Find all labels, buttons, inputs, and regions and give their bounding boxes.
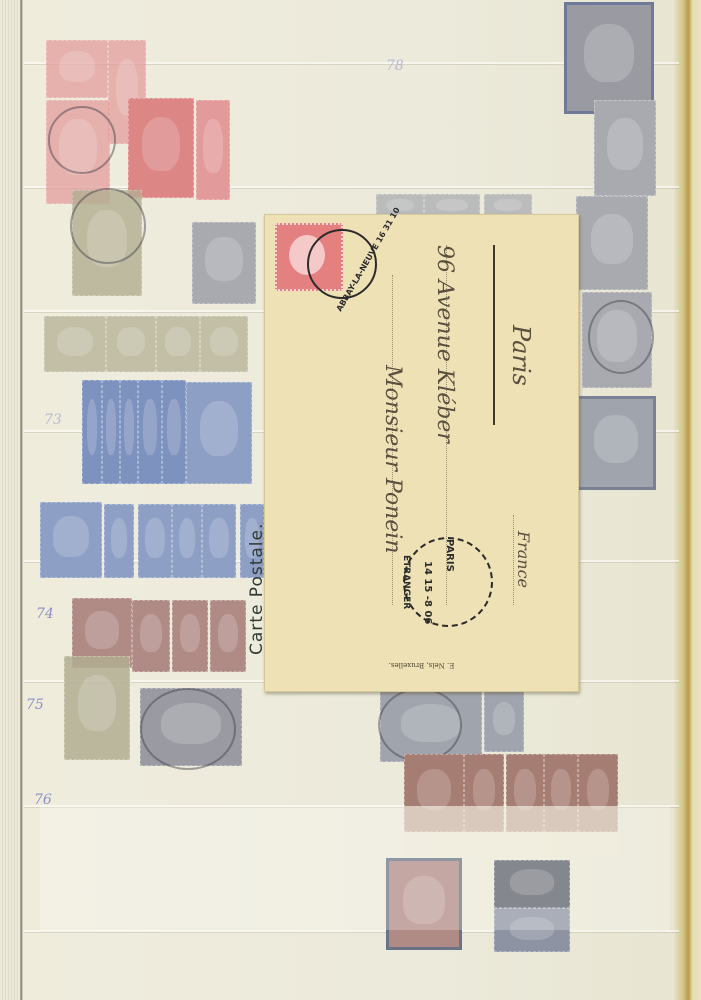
stamp [162,380,186,484]
stamp [172,600,208,672]
row-label: 75 [26,697,44,713]
stamp [104,504,134,578]
stamp [82,380,102,484]
stamp [200,316,248,372]
street-address: 96 Avenue Kléber [432,245,457,443]
postcard: ABBAY-LA-NEUVE 16 31 10 Carte Postale. M… [264,214,579,692]
country: France [514,531,533,588]
stamp [64,656,130,760]
printer-imprint: E. Nels, Bruxelles. [265,661,578,669]
stamp [102,380,120,484]
stamp [186,382,252,484]
empty-strip [40,806,670,930]
arrival-postmark-city: PARIS [444,539,455,572]
stamp [564,2,654,114]
postmark-cancel [48,106,116,174]
stamp [196,100,230,200]
stamp [484,690,524,752]
postmark-cancel [378,688,462,762]
stamp [138,380,162,484]
stamp [132,600,170,672]
card-title: Carte Postale. [247,523,267,655]
stamp [128,98,194,198]
stamp [576,196,648,290]
stamp [120,380,138,484]
city: Paris [507,325,535,386]
stamp [138,504,172,578]
arrival-postmark-office: ÉTRANGER [401,555,411,609]
album-spine [0,0,20,1000]
stockbook-page: 78 73 74 75 76 [0,0,701,1000]
glassine-strip [24,930,679,932]
row-label: 74 [36,606,54,622]
postmark-cancel [70,188,146,264]
stamp [576,396,656,490]
row-label: 73 [44,412,62,428]
postmark-cancel [140,688,236,770]
postmark-cancel [588,300,654,374]
stamp [106,316,156,372]
addressee-name: Monsieur Ponein [380,365,405,554]
stamp [210,600,246,672]
arrival-postmark-date: 14 15 -8 06 [422,561,433,624]
row-label: 78 [386,58,404,74]
stamp [172,504,202,578]
stamp [44,316,106,372]
grey-1c-single [192,222,256,304]
stamp [40,502,102,578]
stamp [156,316,200,372]
glassine-strip [24,186,679,188]
stamp [594,100,656,196]
stamp [202,504,236,578]
stamp [46,40,108,98]
address-rule [493,245,495,425]
